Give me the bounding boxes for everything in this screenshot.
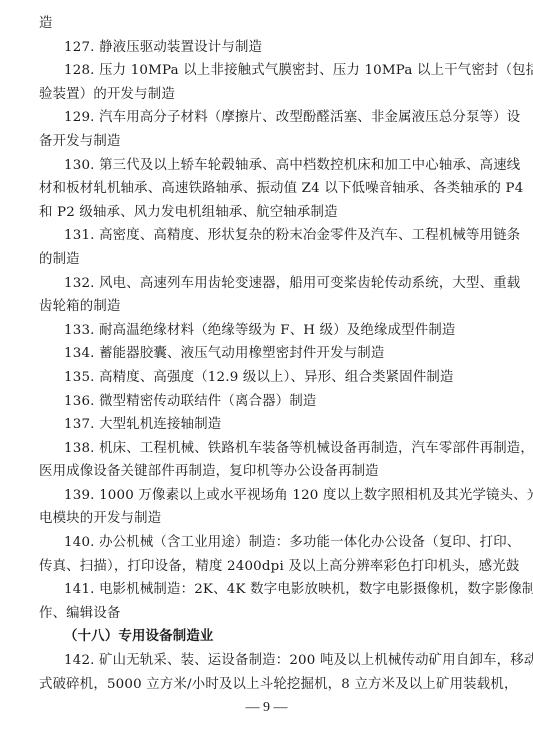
text-line: 140. 办公机械（含工业用途）制造：多功能一体化办公设备（复印、打印、 — [39, 531, 493, 555]
text-line: 电模块的开发与制造 — [39, 507, 493, 531]
page-number: — 9 — — [0, 700, 533, 716]
text-line: 作、编辑设备 — [39, 602, 493, 626]
text-line: 136. 微型精密传动联结件（离合器）制造 — [39, 390, 493, 414]
text-line: 142. 矿山无轨采、装、运设备制造：200 吨及以上机械传动矿用自卸车，移动 — [39, 649, 493, 673]
text-line: 127. 静液压驱动装置设计与制造 — [39, 36, 493, 60]
text-line: 齿轮箱的制造 — [39, 295, 493, 319]
text-line: 式破碎机，5000 立方米/小时及以上斗轮挖掘机，8 立方米及以上矿用装载机， — [39, 673, 493, 697]
text-line: 132. 风电、高速列车用齿轮变速器，船用可变桨齿轮传动系统，大型、重载 — [39, 272, 493, 296]
text-line: 141. 电影机械制造：2K、4K 数字电影放映机，数字电影摄像机，数字影像制 — [39, 578, 493, 602]
text-line: 138. 机床、工程机械、铁路机车装备等机械设备再制造，汽车零部件再制造， — [39, 437, 493, 461]
text-line: 131. 高密度、高精度、形状复杂的粉末冶金零件及汽车、工程机械等用链条 — [39, 224, 493, 248]
text-line: 备开发与制造 — [39, 130, 493, 154]
text-line: 的制造 — [39, 248, 493, 272]
text-line: 和 P2 级轴承、风力发电机组轴承、航空轴承制造 — [39, 201, 493, 225]
text-line: 137. 大型轧机连接轴制造 — [39, 413, 493, 437]
text-line: 传真、扫描），打印设备，精度 2400dpi 及以上高分辨率彩色打印机头，感光鼓 — [39, 555, 493, 579]
text-line: 材和板材轧机轴承、高速铁路轴承、振动值 Z4 以下低噪音轴承、各类轴承的 P4 — [39, 177, 493, 201]
text-line: 验装置）的开发与制造 — [39, 83, 493, 107]
text-line: 医用成像设备关键部件再制造，复印机等办公设备再制造 — [39, 460, 493, 484]
section-heading: （十八）专用设备制造业 — [39, 625, 493, 649]
text-line: 造 — [39, 12, 493, 36]
text-line: 129. 汽车用高分子材料（摩擦片、改型酚醛活塞、非金属液压总分泵等）设 — [39, 106, 493, 130]
text-line: 135. 高精度、高强度（12.9 级以上）、异形、组合类紧固件制造 — [39, 366, 493, 390]
text-line: 134. 蓄能器胶囊、液压气动用橡塑密封件开发与制造 — [39, 342, 493, 366]
text-line: 139. 1000 万像素以上或水平视场角 120 度以上数字照相机及其光学镜头… — [39, 484, 493, 508]
text-line: 133. 耐高温绝缘材料（绝缘等级为 F、H 级）及绝缘成型件制造 — [39, 319, 493, 343]
document-page: 造127. 静液压驱动装置设计与制造128. 压力 10MPa 以上非接触式气膜… — [39, 12, 493, 696]
text-line: 130. 第三代及以上轿车轮毂轴承、高中档数控机床和加工中心轴承、高速线 — [39, 154, 493, 178]
text-line: 128. 压力 10MPa 以上非接触式气膜密封、压力 10MPa 以上干气密封… — [39, 59, 493, 83]
